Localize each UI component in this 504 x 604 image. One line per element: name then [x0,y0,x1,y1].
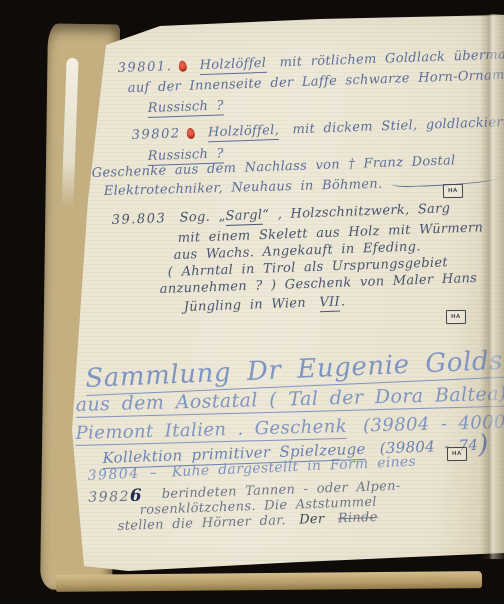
entry-39801-origin-note: Russisch ? [148,98,225,118]
entry-39801-number: 39801. [118,59,173,76]
ha-inventory-stamp: HA [446,310,466,324]
entry-39803-object-title: Sargl [225,208,262,226]
crossed-out-word: Rinde [338,510,378,526]
entry-39801-line3: Russisch ? [148,99,225,115]
entry-39803-text6c: . [341,294,346,309]
provenance-line1: Geschenke aus dem Nachlass von † Franz D… [92,154,456,180]
entry-39803-text1c: “ , Holzschnitzwerk, Sarg [262,201,450,223]
ha-stamp-label: HA [452,451,462,457]
ha-inventory-stamp: HA [443,184,463,198]
entry-39802-description: mit dickem Stiel, goldlackiert. [292,115,504,138]
entry-39801-description: mit rötlichem Goldlack übermalt, [279,47,504,70]
entry-39801-object-title: Holzlöffel [199,56,266,75]
corrected-digit: 6 [130,485,142,505]
ha-stamp-label: HA [448,188,458,194]
entry-39804-text4b: Der [299,512,325,528]
book-bottom-page-edges [56,571,482,592]
page-crease [480,14,504,559]
entry-39804-number-end: – 3982 [70,489,130,506]
entry-39804-number-start: 39804 – [87,465,158,484]
entry-39803-text1a: Sog. „ [179,209,225,226]
entry-39802-line1: 39802 Holzlöffel, mit dickem Stiel, gold… [132,116,504,142]
entry-39803-line2: mit einem Skelett aus Holz mit Würmern [178,221,484,245]
red-check-stamp [186,127,195,139]
photo-black-background: 39801. Holzlöffel mit rötlichem Goldlack… [0,0,504,604]
entry-39803-text6a: Jüngling in Wien [184,296,307,315]
entry-39802-object-title: Holzlöffel, [208,123,280,142]
ha-stamp-label: HA [451,314,461,320]
vienna-district-numeral: VII [319,295,340,313]
ha-inventory-stamp: HA [447,447,467,461]
entry-39803-line6: Jüngling in Wien VII. [184,295,346,314]
entry-39802-line2: Russisch ? [148,147,225,163]
entry-39804-number-end-line: – 39826 [70,487,142,505]
red-check-stamp [178,60,187,72]
entry-39802-number: 39802 [132,126,181,143]
provenance-text2: Elektrotechniker, Neuhaus in Böhmen. [104,177,383,199]
entry-39803-number: 39.803 [112,211,167,228]
